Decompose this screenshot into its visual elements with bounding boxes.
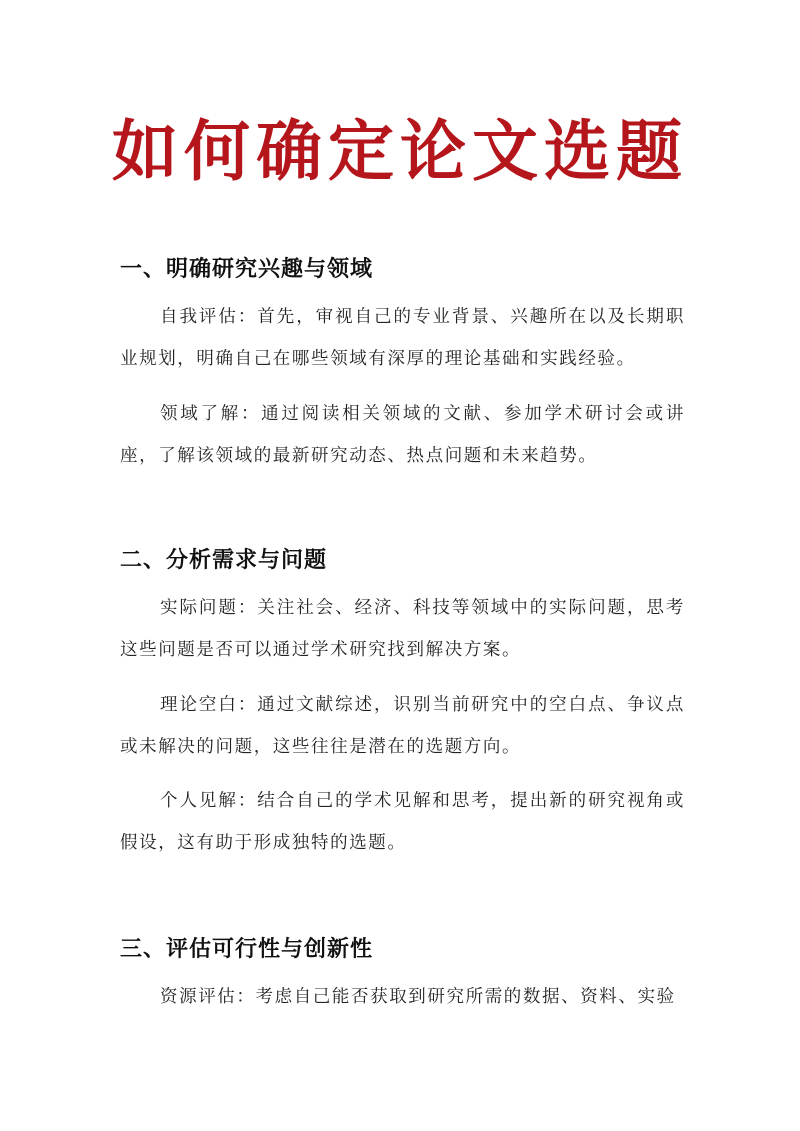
paragraph: 领域了解：通过阅读相关领域的文献、参加学术研讨会或讲座，了解该领域的最新研究动态… <box>120 393 685 477</box>
section-heading-2: 二、分析需求与问题 <box>120 543 327 574</box>
paragraph: 自我评估：首先，审视自己的专业背景、兴趣所在以及长期职业规划，明确自己在哪些领域… <box>120 296 685 380</box>
paragraph: 理论空白：通过文献综述，识别当前研究中的空白点、争议点或未解决的问题，这些往往是… <box>120 684 685 768</box>
paragraph: 个人见解：结合自己的学术见解和思考，提出新的研究视角或假设，这有助于形成独特的选… <box>120 780 685 864</box>
paragraph: 资源评估：考虑自己能否获取到研究所需的数据、资料、实验 <box>120 976 685 1018</box>
paragraph: 实际问题：关注社会、经济、科技等领域中的实际问题，思考这些问题是否可以通过学术研… <box>120 587 685 671</box>
document-title: 如何确定论文选题 <box>0 98 800 193</box>
section-heading-1: 一、明确研究兴趣与领域 <box>120 252 373 283</box>
section-heading-3: 三、评估可行性与创新性 <box>120 932 373 963</box>
